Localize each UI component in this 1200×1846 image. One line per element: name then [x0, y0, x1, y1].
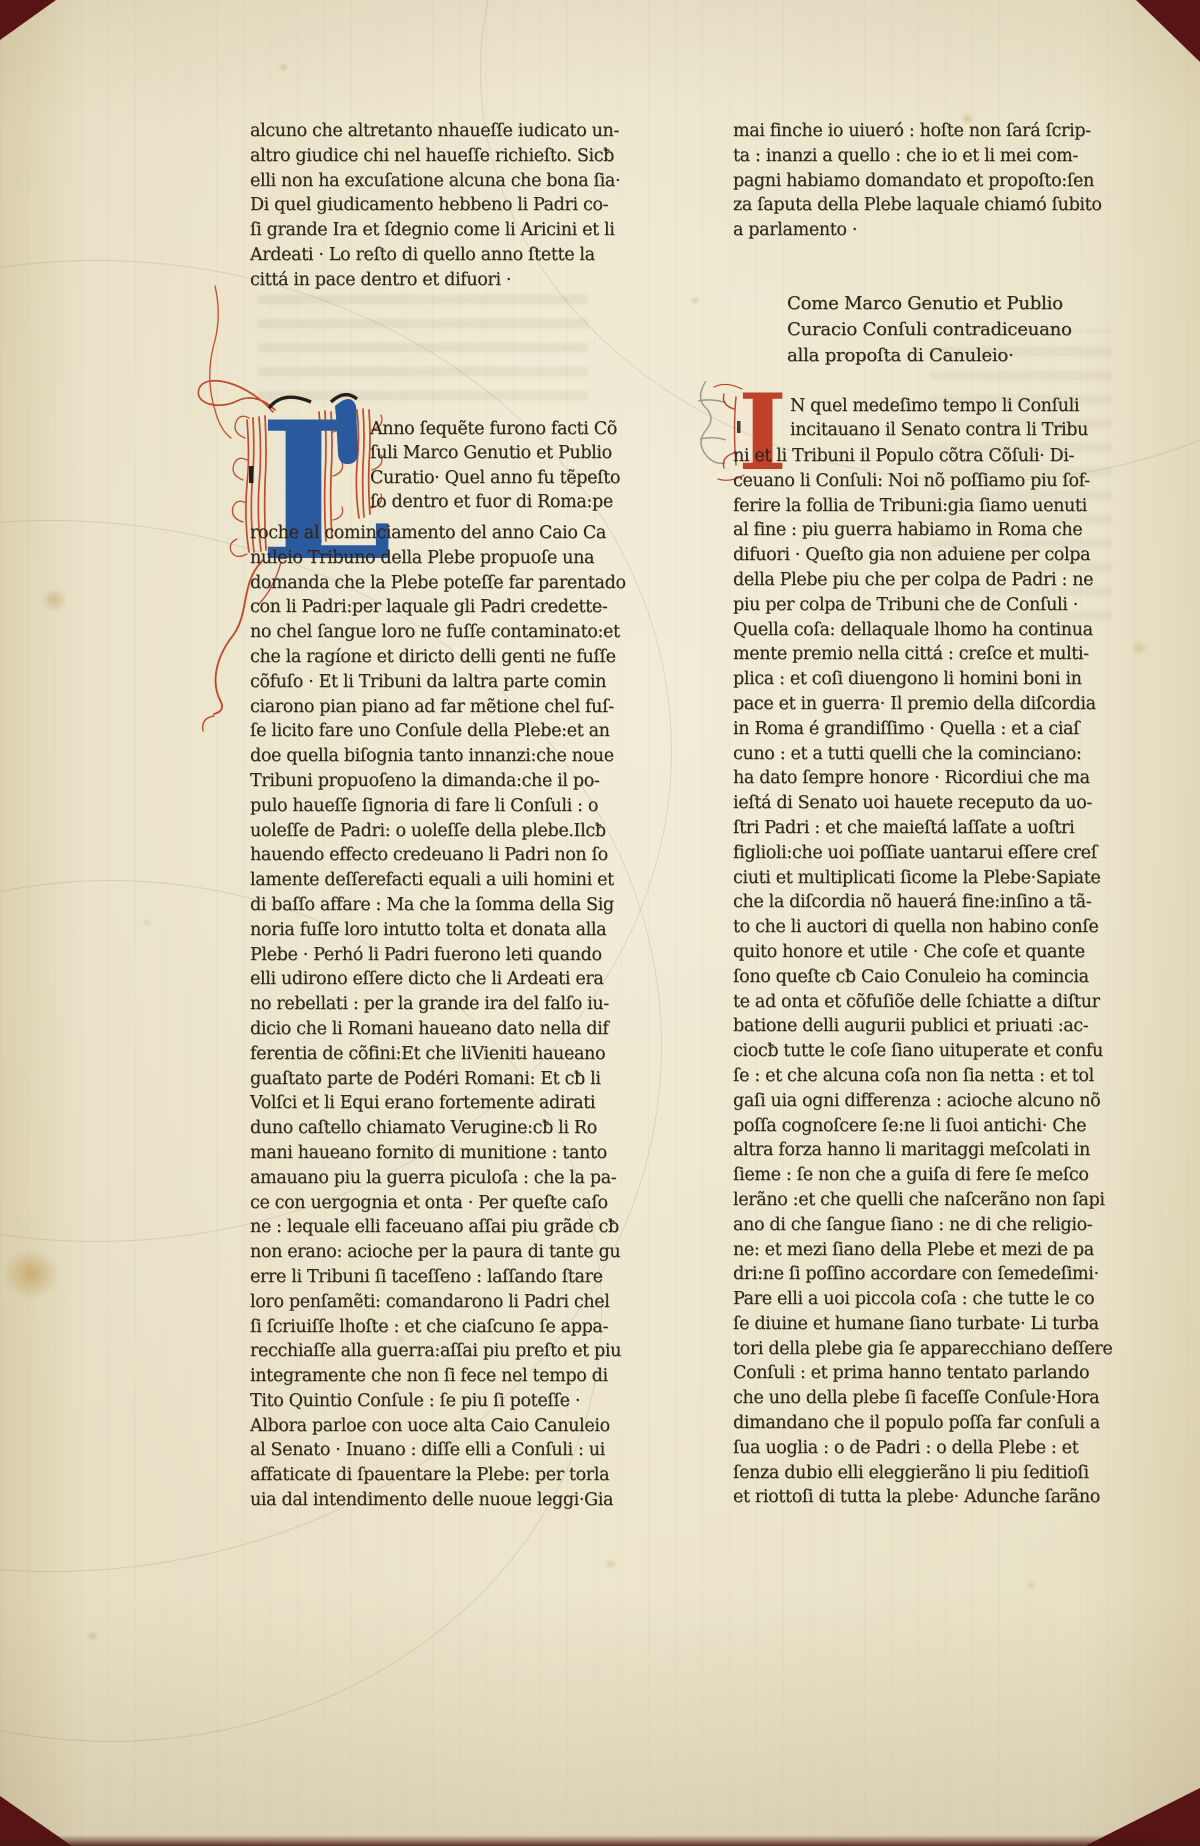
text-line: mani haueano fornito di munitione : tant…: [250, 1141, 626, 1166]
text-line: nuleio Tribuno della Plebe propuoſe una: [250, 546, 626, 571]
text-line: ta : inanzi a quello : che io et li mei …: [733, 144, 1102, 169]
text-line: Come Marco Genutio et Publio: [787, 291, 1072, 317]
text-line: te ad onta et cõfuſiõe delle ſchiatte a …: [733, 990, 1112, 1015]
text-line: uia dal intendimento delle nuoue leggi·G…: [250, 1488, 626, 1513]
paper-stain: [1026, 1580, 1037, 1590]
paper-stain: [278, 62, 289, 72]
left-column-body: roche al cominciamento del anno Caio Can…: [250, 521, 626, 1513]
text-line: erre li Tribuni ſi taceſſeno : laſſando …: [250, 1265, 626, 1290]
text-line: guaſtato parte de Podéri Romani: Et cƀ l…: [250, 1067, 626, 1092]
page-edge-bottom: [0, 1835, 1200, 1846]
text-line: lerãno :et che quelli che naſcerãno non …: [733, 1188, 1112, 1213]
text-line: ſe : et che alcuna coſa non ſia netta : …: [733, 1064, 1112, 1089]
text-line: ſtri Padri : et che maieſtá laſſate a uo…: [733, 816, 1112, 841]
guide-letter-mark: [249, 466, 254, 483]
text-line: con li Padri:per laquale gli Padri crede…: [250, 595, 626, 620]
paper-stain: [2, 1248, 60, 1300]
text-line: Conſuli : et prima hanno tentato parland…: [733, 1361, 1112, 1386]
text-line: ne : lequale elli faceuano aſſai piu grã…: [250, 1215, 626, 1240]
text-line: uoleſſe de Padri: o uoleſſe della plebe.…: [250, 819, 626, 844]
text-line: to che li auctori di quella non habino c…: [733, 915, 1112, 940]
text-line: et riottoſi di tutta la plebe· Adunche ſ…: [733, 1485, 1112, 1510]
text-line: Di quel giudicamento hebbeno li Padri co…: [250, 193, 620, 218]
text-line: ſenza dubio elli eleggierãno li piu ſedi…: [733, 1461, 1112, 1486]
text-line: ſono queſte cƀ Caio Conuleio ha comincia: [733, 965, 1112, 990]
book-page: alcuno che altretanto nhaueſſe iudicato …: [0, 0, 1200, 1846]
text-line: integramente che non ſi fece nel tempo d…: [250, 1364, 626, 1389]
text-line: poſſa cognoſcere ſe:ne li ſuoi antichi· …: [733, 1114, 1112, 1139]
text-line: di baſſo affare : Ma che la ſomma della …: [250, 893, 626, 918]
text-line: ce con uergognia et onta · Per queſte ca…: [250, 1191, 626, 1216]
text-line: Curatio· Quel anno fu tẽpeſto: [370, 466, 620, 490]
text-line: amauano piu la guerra piculoſa : che la …: [250, 1166, 626, 1191]
text-line: plica : et coſi diuengono li homini boni…: [733, 667, 1112, 692]
right-column-opening-paragraph: mai finche io uiueró : hoſte non ſará ſc…: [733, 119, 1102, 243]
text-line: ferentia de cõfini:Et che liVieniti haue…: [250, 1042, 626, 1067]
text-line: domanda che la Plebe poteſſe far parenta…: [250, 571, 626, 596]
paper-stain: [690, 296, 700, 305]
text-line: in Roma é grandiſſimo · Quella : et a ci…: [733, 717, 1112, 742]
text-line: cuno : et a tutti quelli che la comincia…: [733, 742, 1112, 767]
text-line: elli non ha excuſatione alcuna che bona …: [250, 169, 620, 194]
text-line: elli udirono eſſere dicto che li Ardeati…: [250, 967, 626, 992]
text-line: dri:ne ſi poſſino accordare con ſemedeſi…: [733, 1262, 1112, 1287]
text-line: figlioli:che uoi poſſiate uantarui eſſer…: [733, 841, 1112, 866]
text-line: ferire la follia de Tribuni:gia ſiamo ue…: [733, 494, 1112, 519]
text-line: mente premio nella cittá : creſce et mul…: [733, 642, 1112, 667]
text-line: alla propoſta di Canuleio·: [787, 343, 1072, 369]
text-line: che la ragíone et diricto delli genti ne…: [250, 645, 626, 670]
text-line: altra forza hanno li maritaggi meſcolati…: [733, 1138, 1112, 1163]
text-line: ſi grande Ira et ſdegnio come li Aricini…: [250, 218, 620, 243]
text-line: al fine : piu guerra habiamo in Roma che: [733, 518, 1112, 543]
text-line: difuori · Queſto gia non aduiene per col…: [733, 543, 1112, 568]
text-line: ſe diuine et humane ſiano turbate· Li tu…: [733, 1312, 1112, 1337]
text-line: della Plebe piu che per colpa de Padri :…: [733, 568, 1112, 593]
text-line: N quel medeſimo tempo li Conſuli: [790, 394, 1088, 418]
text-line: doe quella biſognia tanto innanzi:che no…: [250, 744, 626, 769]
right-column-lines-beside-initial: N quel medeſimo tempo li Conſuliincitaua…: [790, 394, 1088, 443]
paper-stain: [86, 1630, 99, 1642]
text-line: ſuli Marco Genutio et Publio: [370, 441, 620, 465]
paper-stain: [40, 588, 68, 612]
text-line: loro penſamẽti: comandarono li Padri che…: [250, 1290, 626, 1315]
text-line: che la diſcordia nõ hauerá fine:inſino a…: [733, 890, 1112, 915]
text-line: alcuno che altretanto nhaueſſe iudicato …: [250, 119, 620, 144]
text-line: ciocƀ tutte le coſe ſiano uituperate et …: [733, 1039, 1112, 1064]
text-line: ſi ſcriuiſſe lhoſte : et che ciaſcuno ſe…: [250, 1315, 626, 1340]
text-line: quito honore et utile · Che coſe et quan…: [733, 940, 1112, 965]
text-line: pagni habiamo domandato et propoſto:ſen: [733, 169, 1102, 194]
text-line: non erano: acioche per la paura di tante…: [250, 1240, 626, 1265]
paper-stain: [1130, 640, 1148, 656]
text-line: pulo haueſſe ſignoria di fare li Conſuli…: [250, 794, 626, 819]
margin-ink-doodle: [698, 381, 726, 463]
text-line: duno caſtello chiamato Verugine:cƀ li Ro: [250, 1116, 626, 1141]
text-line: dimandano che il populo poſſa far conſul…: [733, 1411, 1112, 1436]
text-line: no chel ſangue loro ne fuſſe contaminato…: [250, 620, 626, 645]
text-line: pace et in guerra· Il premio della diſco…: [733, 692, 1112, 717]
text-line: a parlamento ·: [733, 218, 1102, 243]
paper-stain: [142, 918, 152, 927]
text-line: ciarono pian piano ad far mẽtione chel f…: [250, 695, 626, 720]
text-line: za ſaputa della Plebe laquale chiamó ſub…: [733, 193, 1102, 218]
text-line: cõfuſo · Et li Tribuni da laltra parte c…: [250, 670, 626, 695]
chapter-heading: Come Marco Genutio et PublioCuracio Conſ…: [787, 291, 1072, 369]
text-line: che uno della plebe ſi faceſſe Conſule·H…: [733, 1386, 1112, 1411]
text-line: piu per colpa de Tribuni che de Conſuli …: [733, 593, 1112, 618]
text-line: noria fuſſe loro intutto tolta et donata…: [250, 918, 626, 943]
text-line: recchiaſſe alla guerra:aſſai piu preſto …: [250, 1339, 626, 1364]
text-line: ſieme : ſe non che a guiſa di fere ſe me…: [733, 1163, 1112, 1188]
text-line: tori della plebe gia ſe apparecchiano de…: [733, 1337, 1112, 1362]
text-line: ha dato ſempre honore · Ricordiui che ma: [733, 766, 1112, 791]
text-line: ſe licito fare uno Conſule della Plebe:e…: [250, 719, 626, 744]
text-line: ciuti et multiplicati ſicome la Plebe·Sa…: [733, 866, 1112, 891]
page-corner-topright: [1136, 0, 1200, 62]
text-line: Tito Quintio Conſule : ſe piu ſi poteſſe…: [250, 1389, 626, 1414]
text-line: ſua uoglia : o de Padri : o della Plebe …: [733, 1436, 1112, 1461]
text-line: altro giudice chi nel haueſſe richieſto.…: [250, 144, 620, 169]
right-column-body: ni et li Tribuni il Populo cõtra Cõſuli·…: [733, 444, 1112, 1510]
text-line: Ardeati · Lo reſto di quello anno ſtette…: [250, 243, 620, 268]
text-line: Pare elli a uoi piccola coſa : che tutte…: [733, 1287, 1112, 1312]
text-line: Curacio Conſuli contradiceuano: [787, 317, 1072, 343]
initial-L-hook: [335, 399, 358, 464]
text-line: al Senato · Inuano : diſſe elli a Conſul…: [250, 1438, 626, 1463]
text-line: no rebellati : per la grande ira del fal…: [250, 992, 626, 1017]
text-line: gaſi uia ogni differenza : acioche alcun…: [733, 1089, 1112, 1114]
text-line: ieſtá di Senato uoi hauete receputo da u…: [733, 791, 1112, 816]
text-line: roche al cominciamento del anno Caio Ca: [250, 521, 626, 546]
text-line: mai finche io uiueró : hoſte non ſará ſc…: [733, 119, 1102, 144]
text-line: Plebe · Perhó li Padri fuerono leti quan…: [250, 943, 626, 968]
left-column-lines-beside-initial: Anno ſequẽte furono facti Cõſuli Marco G…: [370, 417, 620, 514]
text-line: Quella coſa: dellaquale lhomo ha continu…: [733, 618, 1112, 643]
text-line: lamente deſſerefacti equali a uili homin…: [250, 868, 626, 893]
left-column-opening-paragraph: alcuno che altretanto nhaueſſe iudicato …: [250, 119, 620, 293]
text-line: ano di che ſangue ſiano : ne di che reli…: [733, 1213, 1112, 1238]
text-line: Tribuni propuoſeno la dimanda:che il po-: [250, 769, 626, 794]
text-line: ni et li Tribuni il Populo cõtra Cõſuli·…: [733, 444, 1112, 469]
text-line: ne: et mezi ſiano della Plebe et mezi de…: [733, 1238, 1112, 1263]
text-line: dicio che li Romani haueano dato nella d…: [250, 1017, 626, 1042]
page-corner-topleft: [0, 0, 56, 40]
text-line: incitauano il Senato contra li Tribu: [790, 418, 1088, 442]
text-line: batione delli augurii publici et priuati…: [733, 1014, 1112, 1039]
paper-stain: [604, 1558, 617, 1570]
text-line: affaticate di ſpauentare la Plebe: per t…: [250, 1463, 626, 1488]
text-line: hauendo effecto credeuano li Padri non ſ…: [250, 843, 626, 868]
text-line: ſo dentro et fuor di Roma:pe: [370, 490, 620, 514]
text-line: Albora parloe con uoce alta Caio Canulei…: [250, 1414, 626, 1439]
text-line: Anno ſequẽte furono facti Cõ: [370, 417, 620, 441]
text-line: ceuano li Conſuli: Noi nõ poſſiamo piu ſ…: [733, 469, 1112, 494]
text-line: Volſci et li Equi erano fortemente adira…: [250, 1091, 626, 1116]
